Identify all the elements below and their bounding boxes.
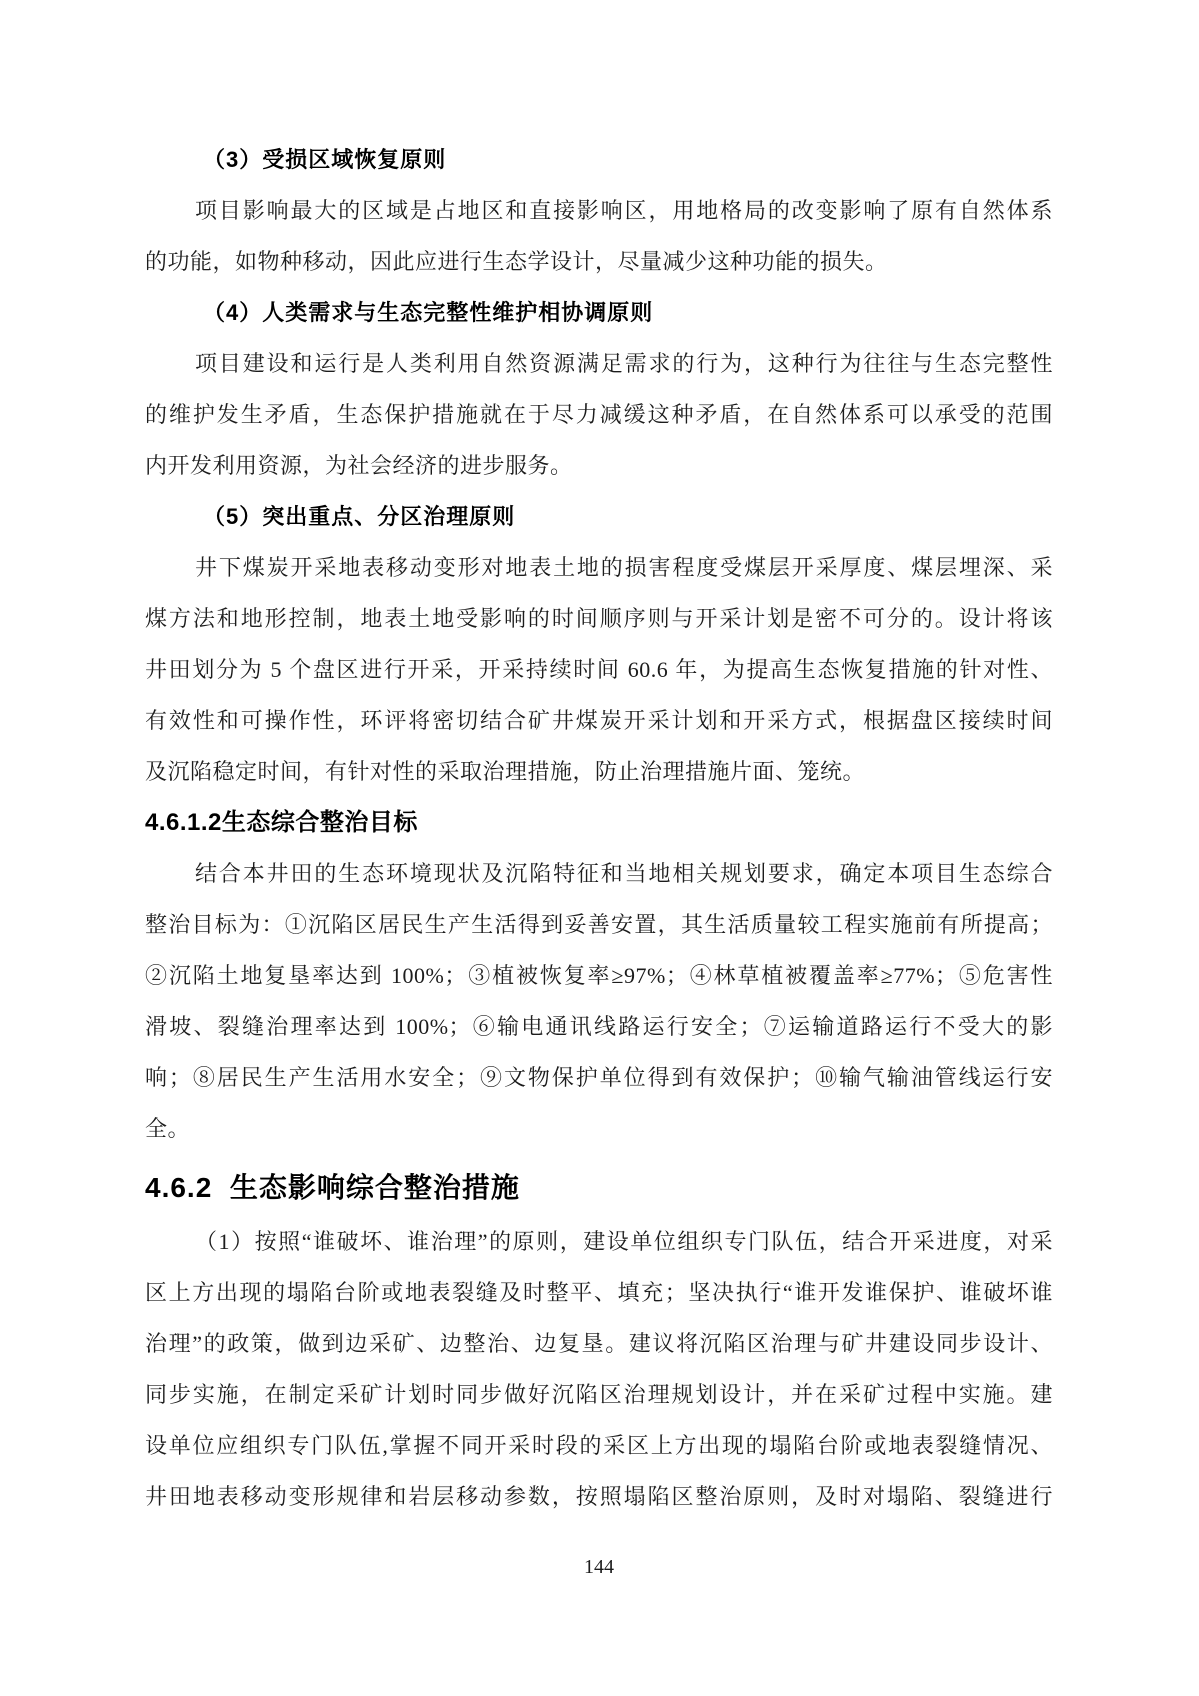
paragraph-line: （1）按照“谁破坏、谁治理”的原则，建设单位组织专门队伍，结合开采进度，对采	[145, 1216, 1053, 1267]
paragraph-line: 区上方出现的塌陷台阶或地表裂缝及时整平、填充；坚决执行“谁开发谁保护、谁破坏谁	[145, 1267, 1053, 1318]
paragraph-line: 整治目标为：①沉陷区居民生产生活得到妥善安置，其生活质量较工程实施前有所提高；	[145, 899, 1053, 950]
paragraph-line: 响；⑧居民生产生活用水安全；⑨文物保护单位得到有效保护；⑩输气输油管线运行安	[145, 1052, 1053, 1103]
paragraph-line: 的功能，如物种移动，因此应进行生态学设计，尽量减少这种功能的损失。	[145, 236, 1053, 287]
paragraph-line: 的维护发生矛盾，生态保护措施就在于尽力减缓这种矛盾，在自然体系可以承受的范围	[145, 389, 1053, 440]
paragraph-line: 及沉陷稳定时间，有针对性的采取治理措施，防止治理措施片面、笼统。	[145, 746, 1053, 797]
paragraph-line: 内开发利用资源，为社会经济的进步服务。	[145, 440, 1053, 491]
paragraph-line: 结合本井田的生态环境现状及沉陷特征和当地相关规划要求，确定本项目生态综合	[145, 848, 1053, 899]
paragraph-line: 同步实施，在制定采矿计划时同步做好沉陷区治理规划设计，并在采矿过程中实施。建	[145, 1369, 1053, 1420]
paragraph-line: 项目建设和运行是人类利用自然资源满足需求的行为，这种行为往往与生态完整性	[145, 338, 1053, 389]
paragraph-line: 治理”的政策，做到边采矿、边整治、边复垦。建议将沉陷区治理与矿井建设同步设计、	[145, 1318, 1053, 1369]
paragraph-line: 煤方法和地形控制，地表土地受影响的时间顺序则与开采计划是密不可分的。设计将该	[145, 593, 1053, 644]
subsection-heading: （4）人类需求与生态完整性维护相协调原则	[145, 287, 1053, 338]
paragraph-line: ②沉陷土地复垦率达到 100%；③植被恢复率≥97%；④林草植被覆盖率≥77%；…	[145, 950, 1053, 1001]
paragraph-line: 井田划分为 5 个盘区进行开采，开采持续时间 60.6 年，为提高生态恢复措施的…	[145, 644, 1053, 695]
paragraph-line: 项目影响最大的区域是占地区和直接影响区，用地格局的改变影响了原有自然体系	[145, 185, 1053, 236]
chapter-heading: 4.6.2 生态影响综合整治措施	[145, 1160, 1053, 1216]
paragraph-line: 井下煤炭开采地表移动变形对地表土地的损害程度受煤层开采厚度、煤层埋深、采	[145, 542, 1053, 593]
paragraph-line: 全。	[145, 1103, 1053, 1154]
document-page: （3）受损区域恢复原则项目影响最大的区域是占地区和直接影响区，用地格局的改变影响…	[0, 0, 1199, 1696]
page-number: 144	[145, 1554, 1053, 1580]
subsection-heading: （5）突出重点、分区治理原则	[145, 491, 1053, 542]
paragraph-line: 设单位应组织专门队伍,掌握不同开采时段的采区上方出现的塌陷台阶或地表裂缝情况、	[145, 1420, 1053, 1471]
paragraph-line: 滑坡、裂缝治理率达到 100%；⑥输电通讯线路运行安全；⑦运输道路运行不受大的影	[145, 1001, 1053, 1052]
subsection-heading: （3）受损区域恢复原则	[145, 134, 1053, 185]
document-body: （3）受损区域恢复原则项目影响最大的区域是占地区和直接影响区，用地格局的改变影响…	[145, 134, 1053, 1522]
paragraph-line: 有效性和可操作性，环评将密切结合矿井煤炭开采计划和开采方式，根据盘区接续时间	[145, 695, 1053, 746]
paragraph-line: 井田地表移动变形规律和岩层移动参数，按照塌陷区整治原则，及时对塌陷、裂缝进行	[145, 1471, 1053, 1522]
section-heading: 4.6.1.2生态综合整治目标	[145, 797, 1053, 848]
